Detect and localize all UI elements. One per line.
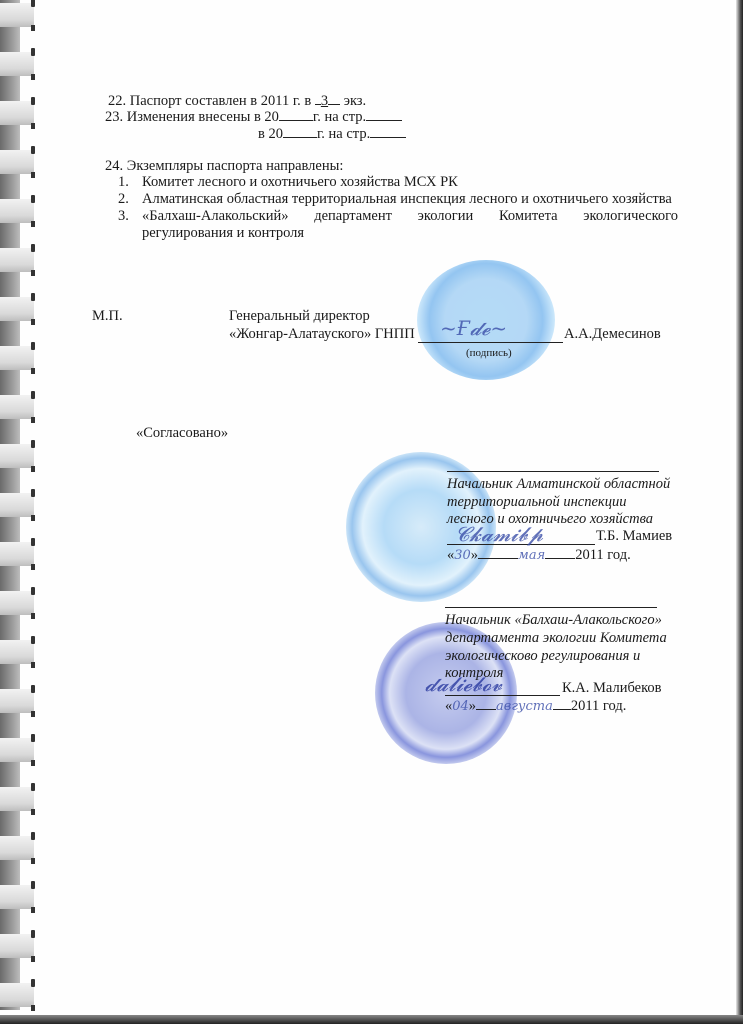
recipient-item: 1.Комитет лесного и охотничьего хозяйств…	[118, 174, 678, 191]
approver2-top-line	[445, 607, 657, 608]
copies-count: 3	[321, 93, 328, 109]
binding-ring	[0, 101, 34, 125]
signature-caption: (подпись)	[466, 345, 512, 362]
approver2-date: «04»августа2011 год.	[445, 697, 626, 715]
recipient-item: 2.Алматинская областная территориальная …	[118, 191, 678, 208]
approver2-name: К.А. Малибеков	[562, 680, 662, 697]
binding-ring	[0, 444, 34, 468]
recipient-item: 3.«Балхаш-Алакольский» департамент эколо…	[118, 208, 678, 242]
director-name: А.А.Демесинов	[564, 326, 661, 343]
year-blank	[283, 125, 317, 138]
approver1-title-line: Начальник Алматинской областной	[447, 476, 670, 493]
approver1-signature: 𝓒𝓴𝓪𝓶𝓲𝓫𝓹	[455, 522, 543, 546]
director-signature: ~Ғ𝓭𝓮~	[440, 316, 507, 340]
page-blank	[370, 125, 406, 138]
binding-ring	[0, 199, 34, 223]
mp-label: М.П.	[92, 308, 123, 325]
scanned-page: 22. Паспорт составлен в 2011 г. в 3 экз.…	[0, 0, 743, 1024]
binding-ring	[0, 836, 34, 860]
approver2-title-line: Начальник «Балхаш-Алакольского»	[445, 612, 662, 629]
item-23-changes-line1: 23. Изменения внесены в 20г. на стр.	[105, 108, 402, 126]
binding-ring	[0, 983, 34, 1007]
approver2-title-line: экологическово регулирования и	[445, 648, 640, 665]
binding-ring	[0, 738, 34, 762]
binding-ring	[0, 248, 34, 272]
approver1-name: Т.Б. Мамиев	[596, 528, 672, 545]
approver2-title-line: департамента экологии Комитета	[445, 630, 667, 647]
binding-ring	[0, 885, 34, 909]
item-24-title: 24. Экземпляры паспорта направлены:	[105, 158, 343, 175]
approver1-date: «30»мая2011 год.	[447, 546, 631, 564]
binding-ring	[0, 689, 34, 713]
binding-ring	[0, 395, 34, 419]
approver1-title-line: территориальной инспекции	[447, 494, 626, 511]
recipients-list: 1.Комитет лесного и охотничьего хозяйств…	[118, 174, 678, 242]
binding-ring	[0, 3, 34, 27]
binding-ring	[0, 346, 34, 370]
director-title-line2: «Жонгар-Алатауского» ГНПП	[229, 326, 415, 343]
approver2-signature: 𝓭𝓪𝓵𝓲𝓮𝓫𝓸𝓿	[425, 672, 502, 696]
binding-ring	[0, 150, 34, 174]
binding-ring	[0, 640, 34, 664]
item-23-changes-line2: в 20г. на стр.	[258, 125, 406, 143]
binding-ring	[0, 934, 34, 958]
year-blank	[279, 108, 313, 121]
page-bottom-edge	[0, 1015, 743, 1024]
binding-ring	[0, 52, 34, 76]
approved-label: «Согласовано»	[136, 425, 228, 442]
binding-ring	[0, 297, 34, 321]
page-blank	[366, 108, 402, 121]
binding-ring	[0, 591, 34, 615]
director-title-line1: Генеральный директор	[229, 308, 370, 325]
approver1-top-line	[447, 471, 659, 472]
page-right-edge	[736, 0, 743, 1024]
binding-ring	[0, 493, 34, 517]
binding-ring	[0, 542, 34, 566]
director-signature-line	[418, 342, 563, 343]
binding-ring	[0, 787, 34, 811]
